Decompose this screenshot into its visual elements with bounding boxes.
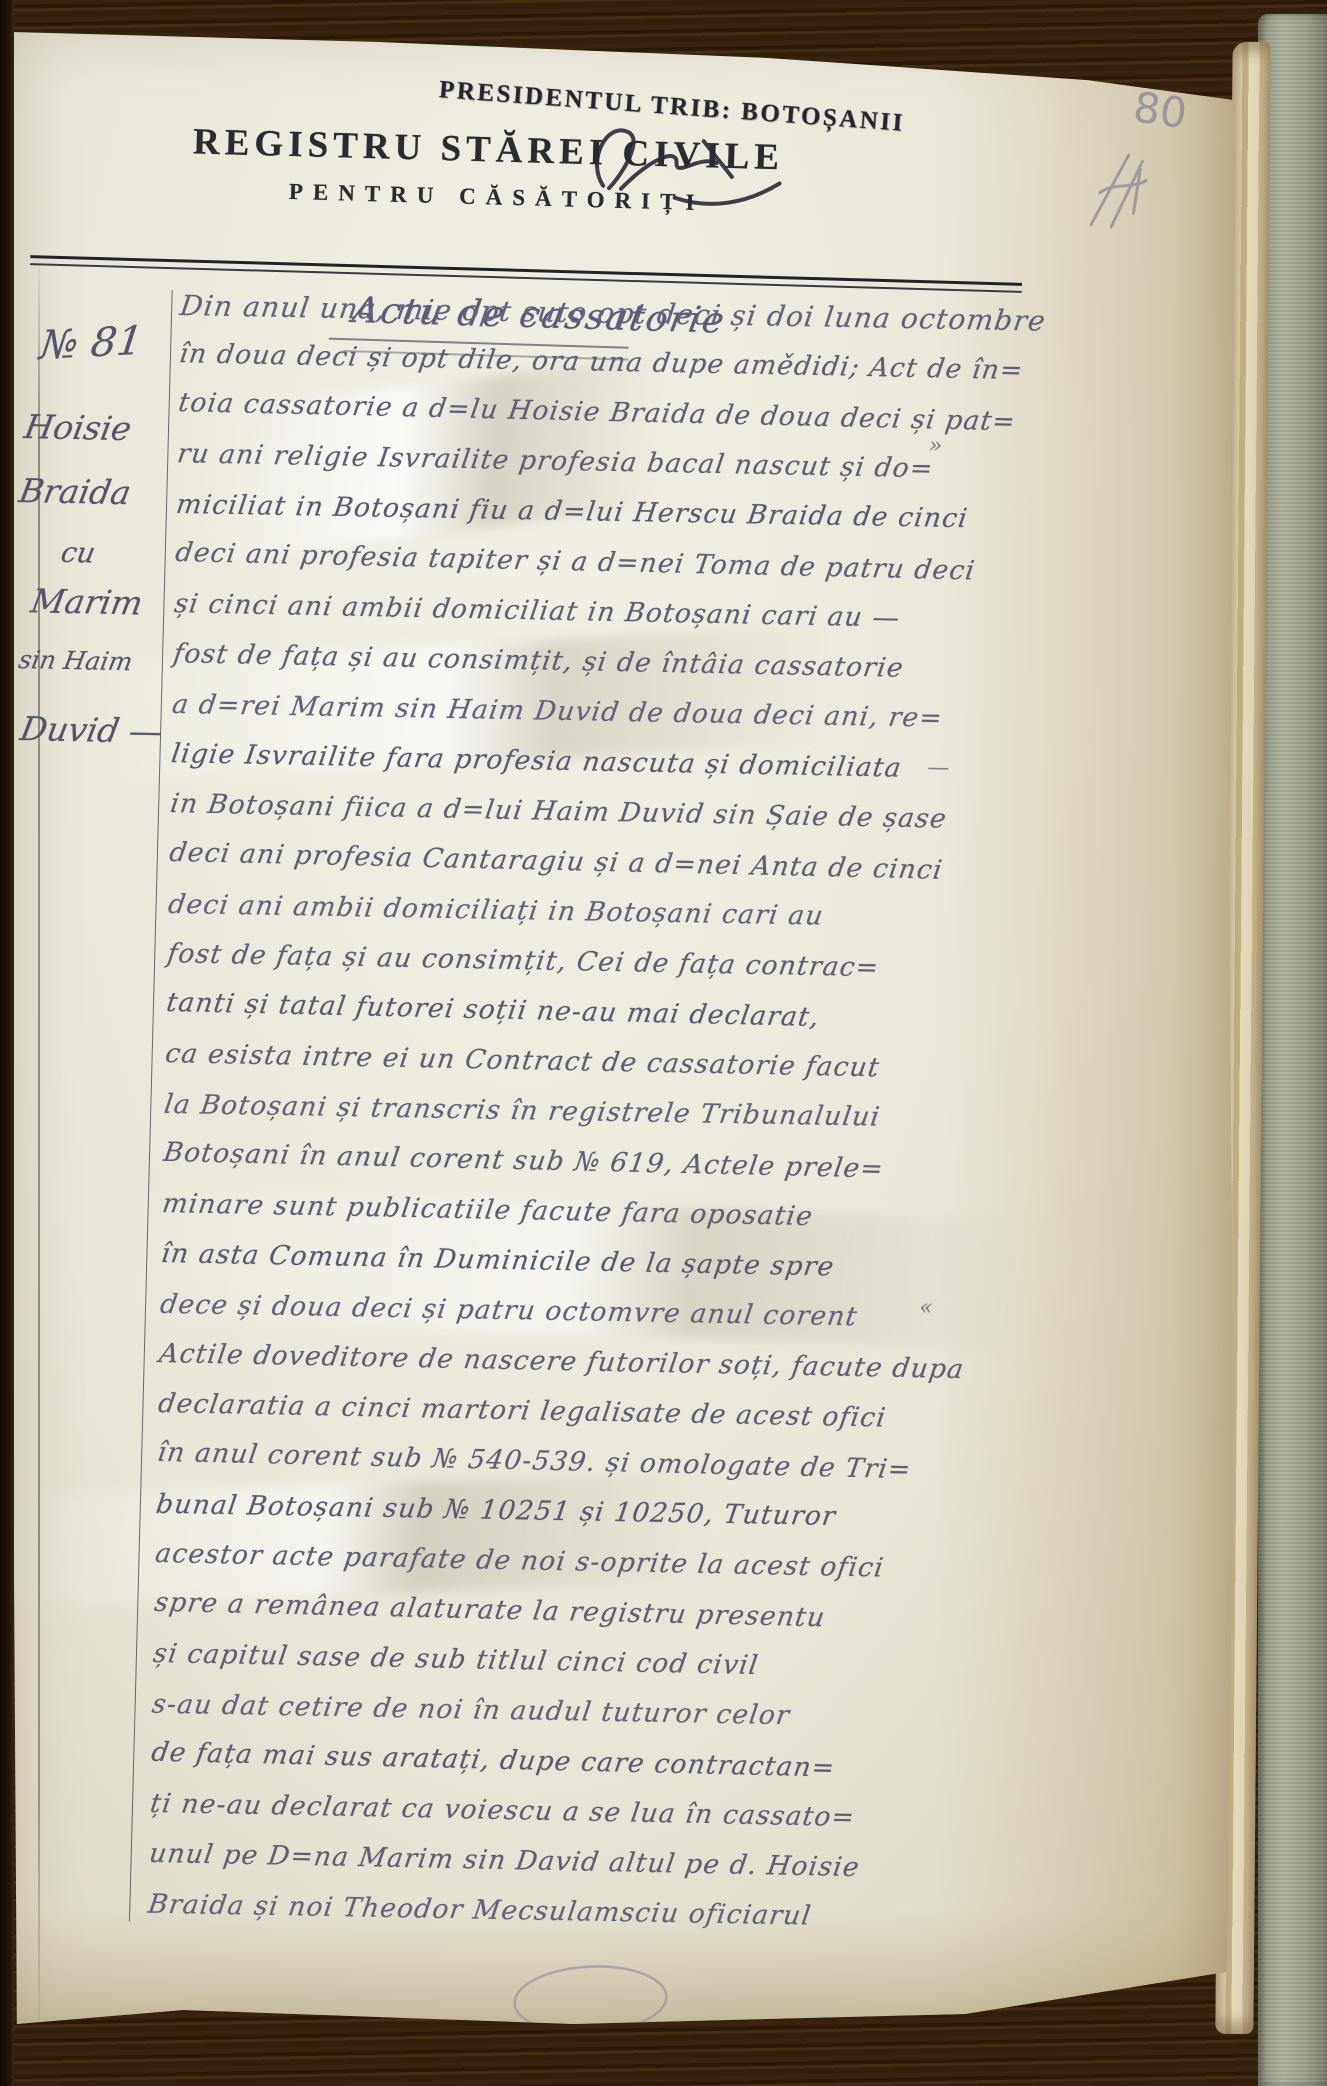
book-cover-cloth: [1258, 14, 1327, 2086]
president-signature: [578, 113, 793, 224]
margin-name: Braida: [12, 471, 182, 538]
pencil-page-number: 80: [1130, 82, 1190, 138]
photo-left-edge: [0, 0, 14, 2086]
act-body-text: Din anul una, mie opt suto opt deci și d…: [147, 288, 946, 1953]
margin-name: Hoisie: [17, 407, 183, 474]
pencil-scribble-mark: [1079, 146, 1161, 238]
margin-name: cu: [56, 536, 179, 584]
margin-name: Duvid —: [13, 709, 177, 776]
margin-names: HoisieBraidacuMarimsin HaimDuvid —: [16, 407, 178, 776]
margin-name: sin Haim: [10, 645, 178, 712]
margin-ink-mark: —: [927, 755, 949, 780]
act-number: № 81: [37, 318, 145, 369]
registry-page: PRESIDENTUL TRIB: BOTOȘANII 80 REGISTRU …: [12, 24, 1234, 2028]
margin-ink-mark: «: [919, 1295, 933, 1320]
margin-ink-mark: »: [928, 433, 942, 458]
page-content: PRESIDENTUL TRIB: BOTOȘANII 80 REGISTRU …: [0, 23, 1239, 2051]
pencil-oval-mark: [505, 1953, 677, 2046]
photo-frame: PRESIDENTUL TRIB: BOTOȘANII 80 REGISTRU …: [0, 0, 1327, 2086]
margin-name: Marim: [23, 581, 179, 648]
